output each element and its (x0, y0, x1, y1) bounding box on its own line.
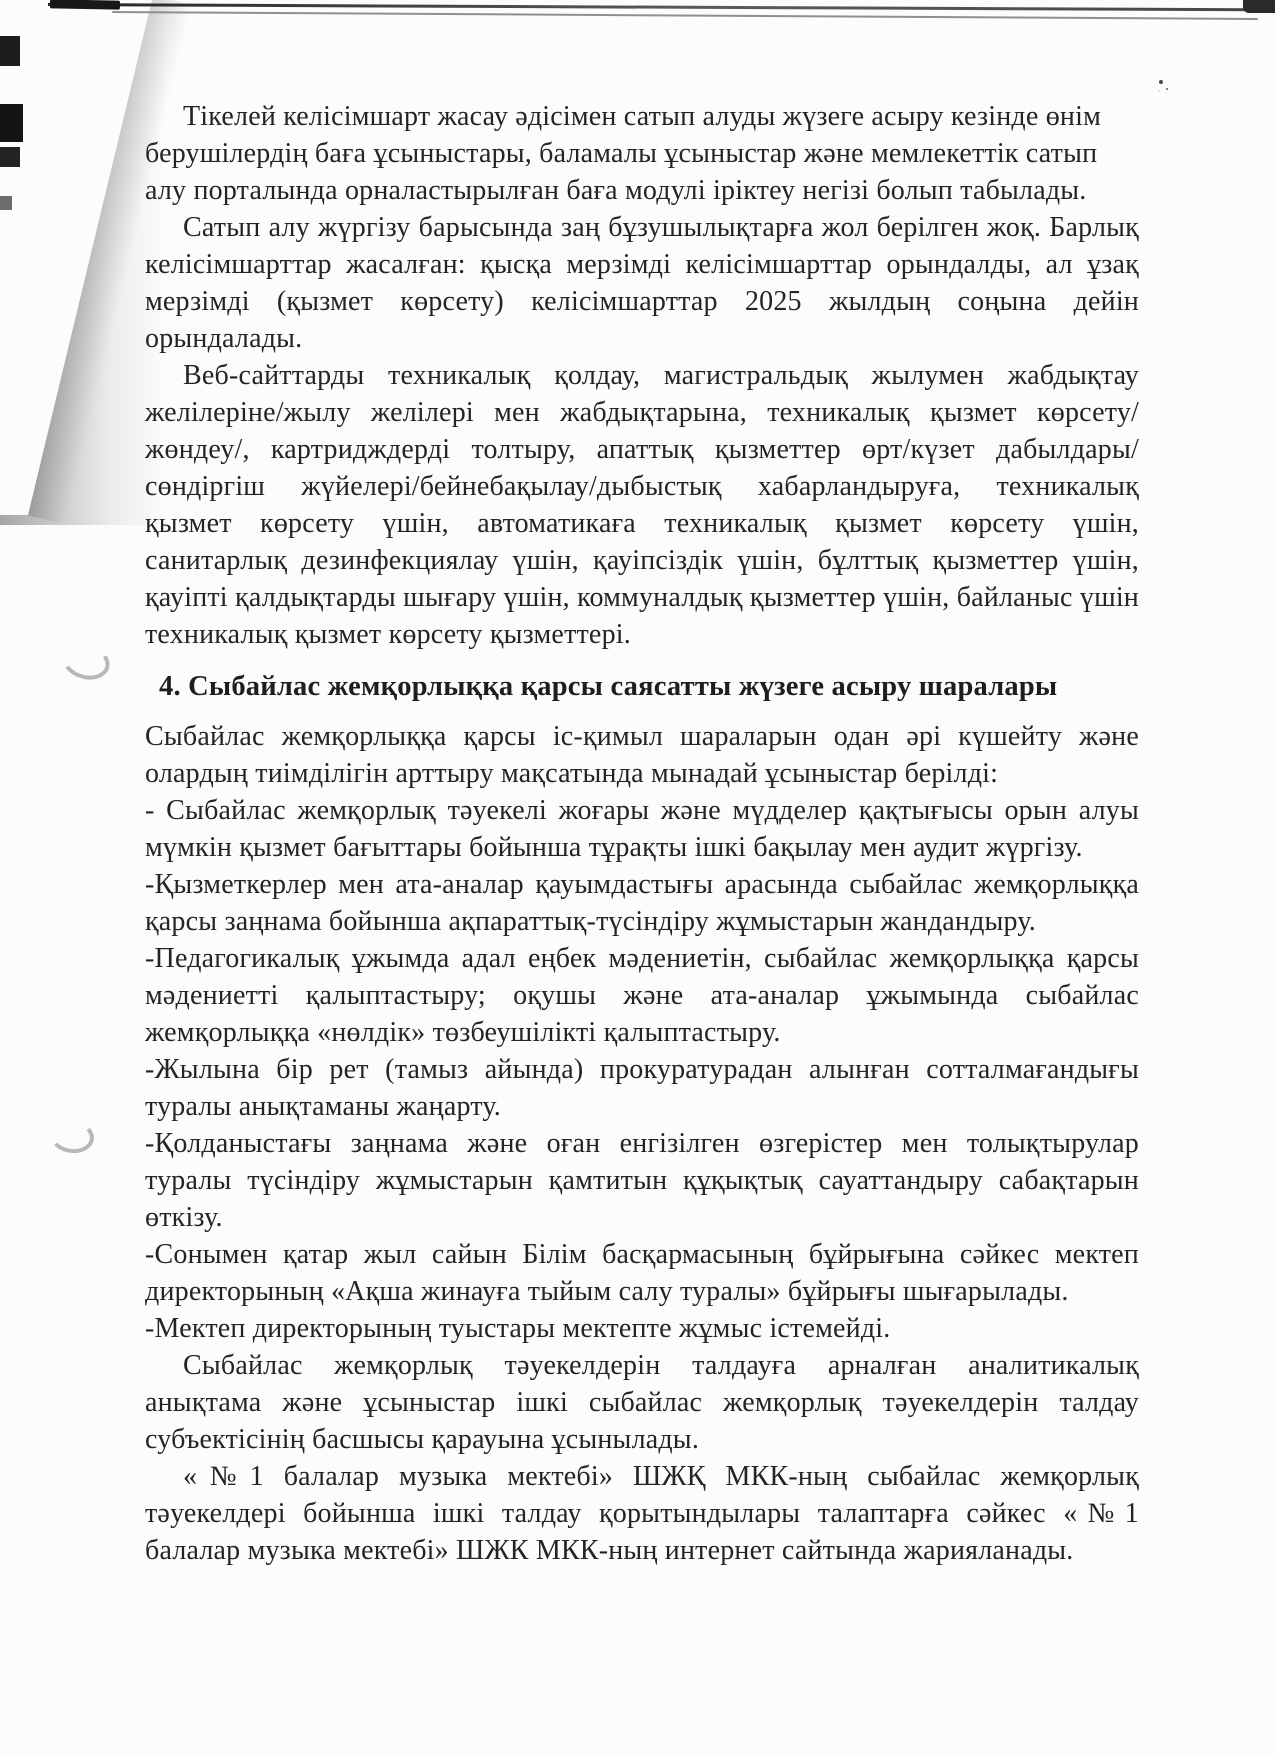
top-scan-line-start (50, 0, 120, 10)
scan-ink-blob (0, 36, 20, 66)
list-item-paragraph: -Сонымен қатар жыл сайын Білім басқармас… (145, 1236, 1139, 1310)
scan-ink-blob (0, 147, 20, 167)
paragraph: Тікелей келісімшарт жасау әдісімен сатып… (145, 98, 1139, 209)
paragraph: Сыбайлас жемқорлыққа қарсы іс-қимыл шара… (145, 718, 1139, 792)
paragraph: Сатып алу жүргізу барысында заң бұзушылы… (145, 209, 1139, 357)
list-item-paragraph: -Педагогикалық ұжымда адал еңбек мәдение… (145, 940, 1139, 1051)
scan-ink-blob (0, 104, 23, 142)
list-item-paragraph: -Жылына бір рет (тамыз айында) прокурату… (145, 1051, 1139, 1125)
top-right-corner-blot (1243, 0, 1275, 13)
document-text-block: Тікелей келісімшарт жасау әдісімен сатып… (145, 98, 1139, 1569)
pen-squiggle-mark (48, 1117, 96, 1156)
top-scan-line (48, 3, 1253, 11)
ink-speck (1159, 80, 1163, 84)
list-item-paragraph: - Сыбайлас жемқорлық тәуекелі жоғары жән… (145, 792, 1139, 866)
pen-squiggle-mark (58, 638, 114, 685)
list-item-paragraph: -Мектеп директорының туыстары мектепте ж… (145, 1310, 1139, 1347)
list-item-paragraph: -Қолданыстағы заңнама және оған енгізілг… (145, 1125, 1139, 1236)
list-item-paragraph: -Қызметкерлер мен ата-аналар қауымдастығ… (145, 866, 1139, 940)
paragraph: Веб-сайттарды техникалық қолдау, магистр… (145, 357, 1139, 653)
top-scan-line-secondary (112, 11, 1258, 20)
paragraph: «№1 балалар музыка мектебі» ШЖҚ МКК-ның … (145, 1458, 1139, 1569)
scan-ink-blob (0, 196, 12, 210)
paragraph: Сыбайлас жемқорлық тәуекелдерін талдауға… (145, 1347, 1139, 1458)
section-heading: 4. Сыбайлас жемқорлыққа қарсы саясатты ж… (145, 668, 1139, 705)
scanned-document-page: { "doc": { "language": "kk", "paragraphs… (0, 0, 1275, 1754)
